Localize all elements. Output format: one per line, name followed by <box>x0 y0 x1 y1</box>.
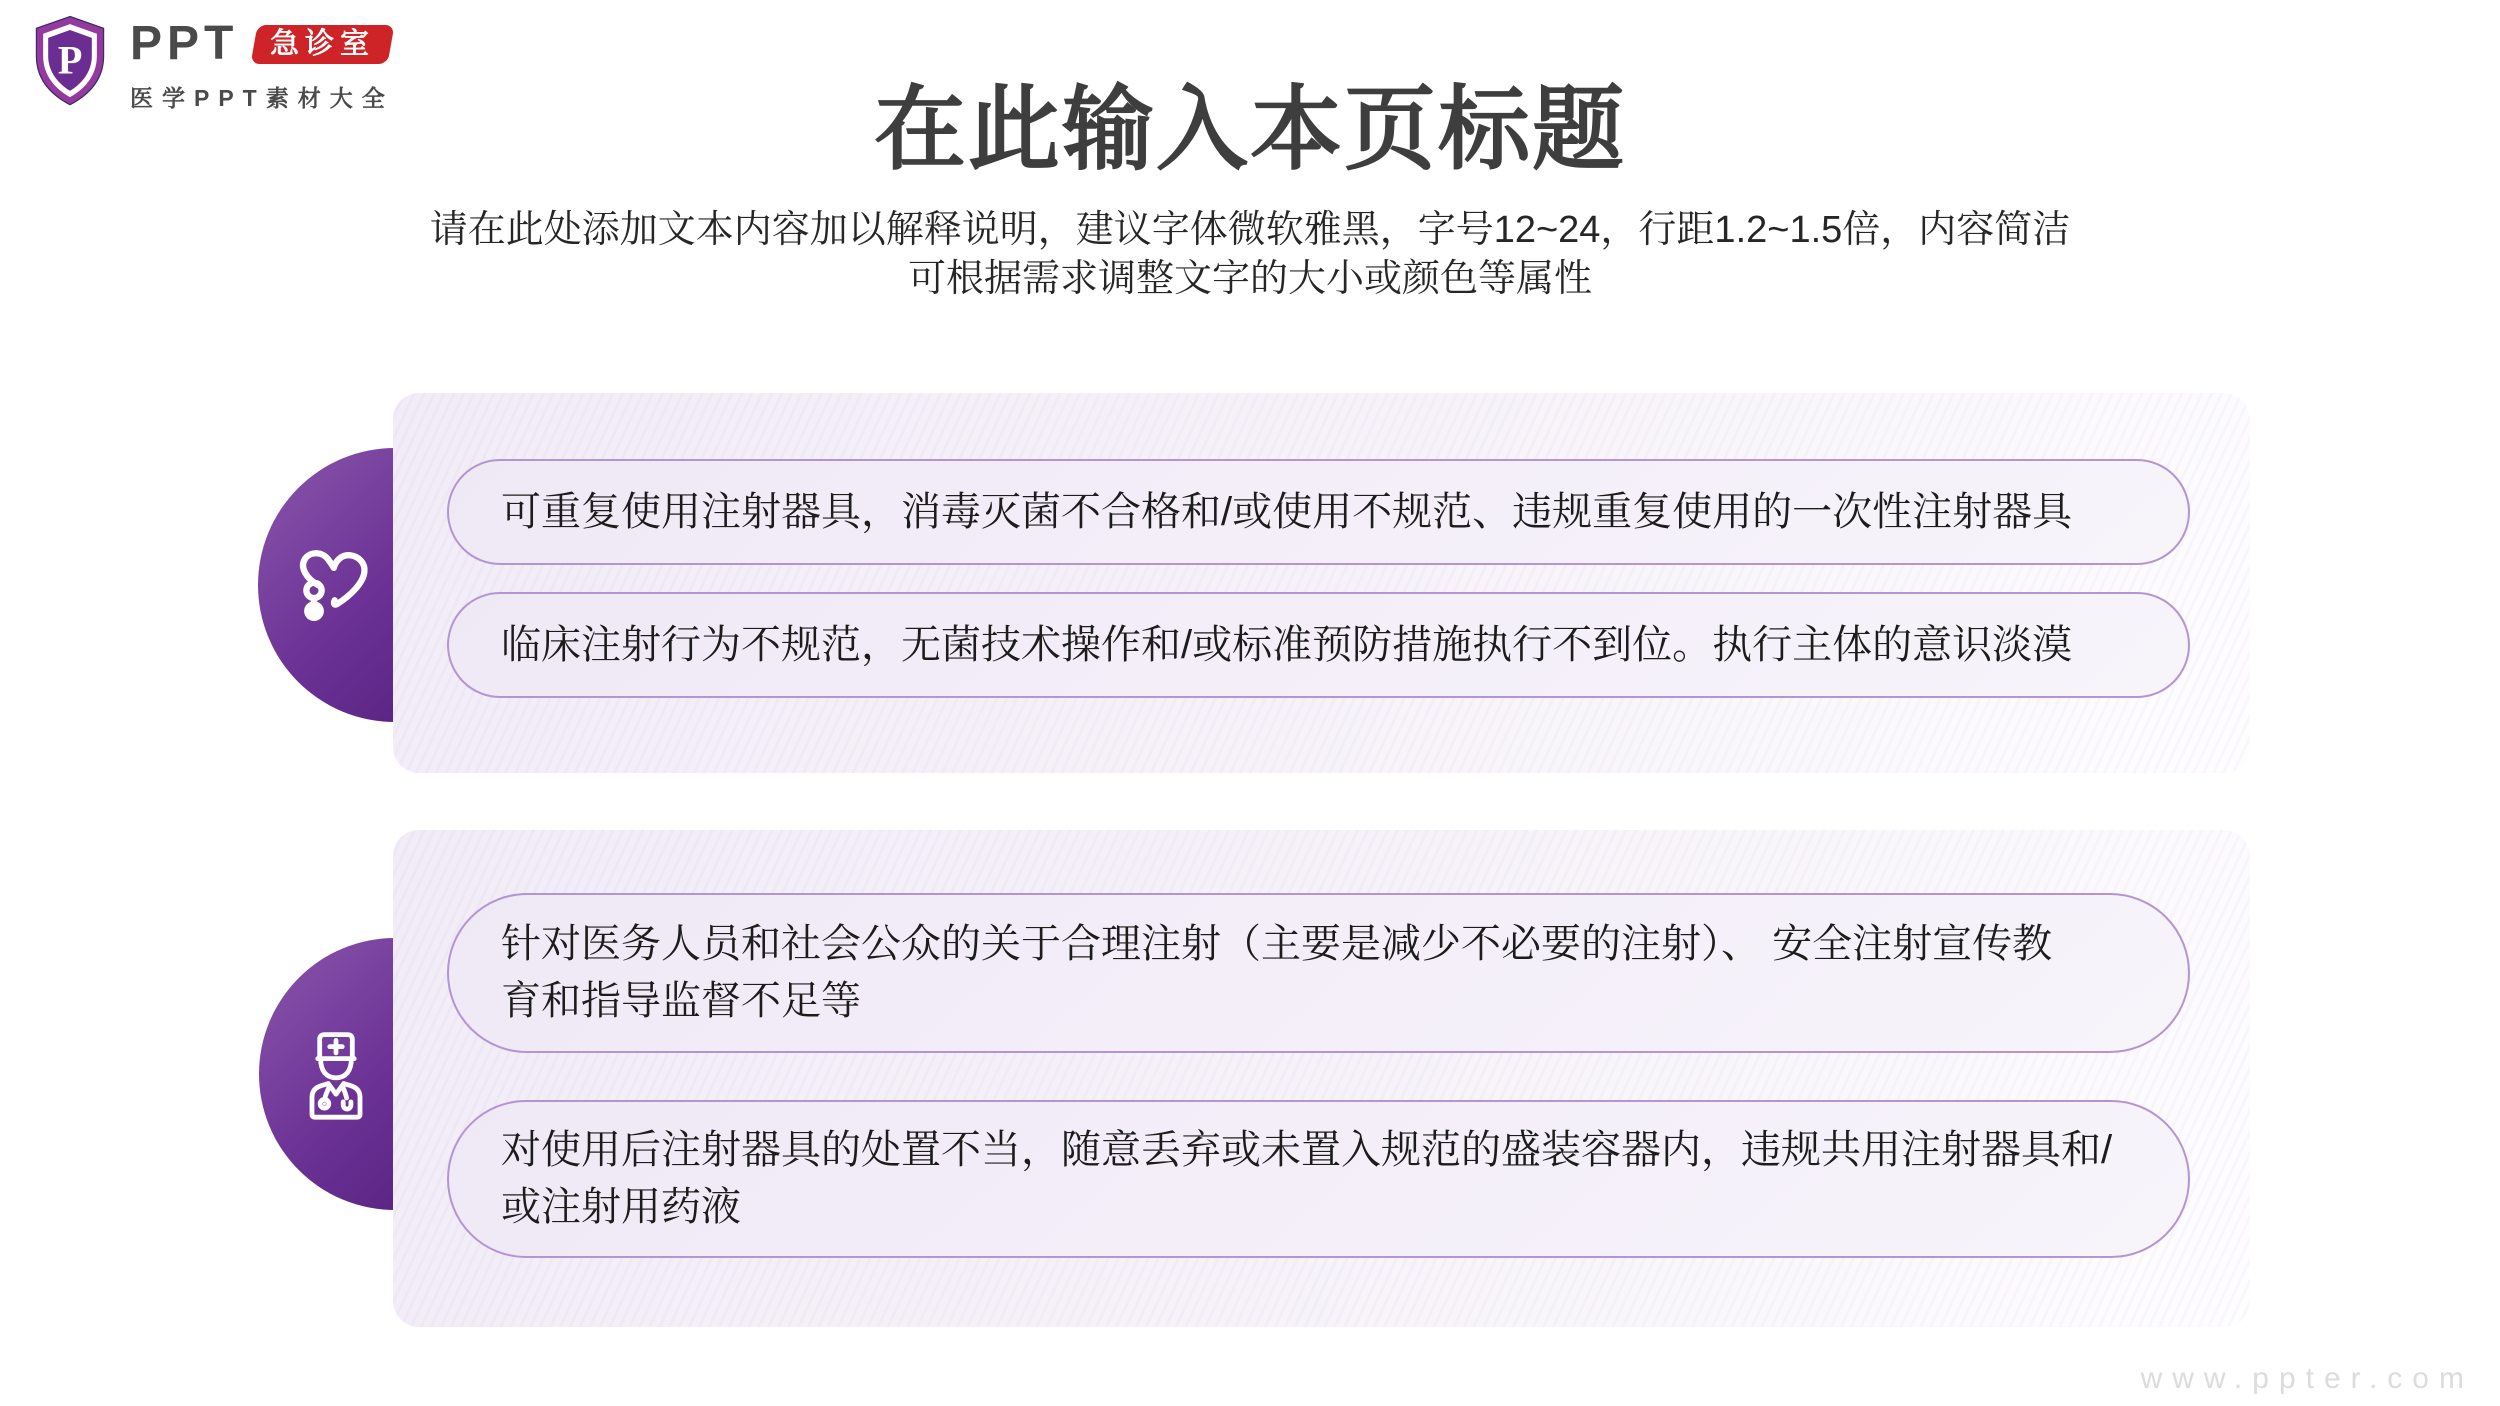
group2-panel: 针对医务人员和社会公众的关于合理注射（主要是减少不必要的注射）、 安全注射宣传教… <box>393 830 2250 1327</box>
group1-panel: 可重复使用注射器具，消毒灭菌不合格和/或使用不规范、违规重复使用的一次性注射器具… <box>393 393 2250 773</box>
group2-text-pill-1: 针对医务人员和社会公众的关于合理注射（主要是减少不必要的注射）、 安全注射宣传教… <box>447 893 2190 1053</box>
group2-text-pill-2: 对使用后注射器具的处置不当，随意丢弃或未置入规范的盛装容器内，违规共用注射器具和… <box>447 1100 2190 1258</box>
slide: P PPT 急诊室 医学PPT素材大全 在此输入本页标题 请在此处添加文本内容加… <box>0 0 2500 1406</box>
group1-text-pill-2: 临床注射行为不规范，无菌技术操作和/或标准预防措施执行不到位。执行主体的意识淡漠 <box>447 592 2190 698</box>
page-subtitle: 请在此处添加文本内容加以解释说明，建议字体微软雅黑，字号12~24，行距1.2~… <box>0 206 2500 303</box>
page-subtitle-line1: 请在此处添加文本内容加以解释说明，建议字体微软雅黑，字号12~24，行距1.2~… <box>430 209 2071 251</box>
doctor-icon <box>305 1026 367 1122</box>
group1-item1-text: 可重复使用注射器具，消毒灭菌不合格和/或使用不规范、违规重复使用的一次性注射器具 <box>501 484 2072 541</box>
brand-badge-label: 急诊室 <box>270 30 375 59</box>
group1-item2-text: 临床注射行为不规范，无菌技术操作和/或标准预防措施执行不到位。执行主体的意识淡漠 <box>501 617 2072 674</box>
group1-text-pill-1: 可重复使用注射器具，消毒灭菌不合格和/或使用不规范、违规重复使用的一次性注射器具 <box>447 459 2190 565</box>
heart-stethoscope-icon <box>284 540 380 630</box>
group2-item1-text: 针对医务人员和社会公众的关于合理注射（主要是减少不必要的注射）、 安全注射宣传教… <box>501 916 2068 1030</box>
page-subtitle-line2: 可根据需求调整文字的大小或颜色等属性 <box>908 258 1592 300</box>
page-title: 在此输入本页标题 <box>0 56 2500 188</box>
group2-item2-text: 对使用后注射器具的处置不当，随意丢弃或未置入规范的盛装容器内，违规共用注射器具和… <box>501 1122 2140 1236</box>
watermark: www.ppter.com <box>2141 1362 2474 1396</box>
